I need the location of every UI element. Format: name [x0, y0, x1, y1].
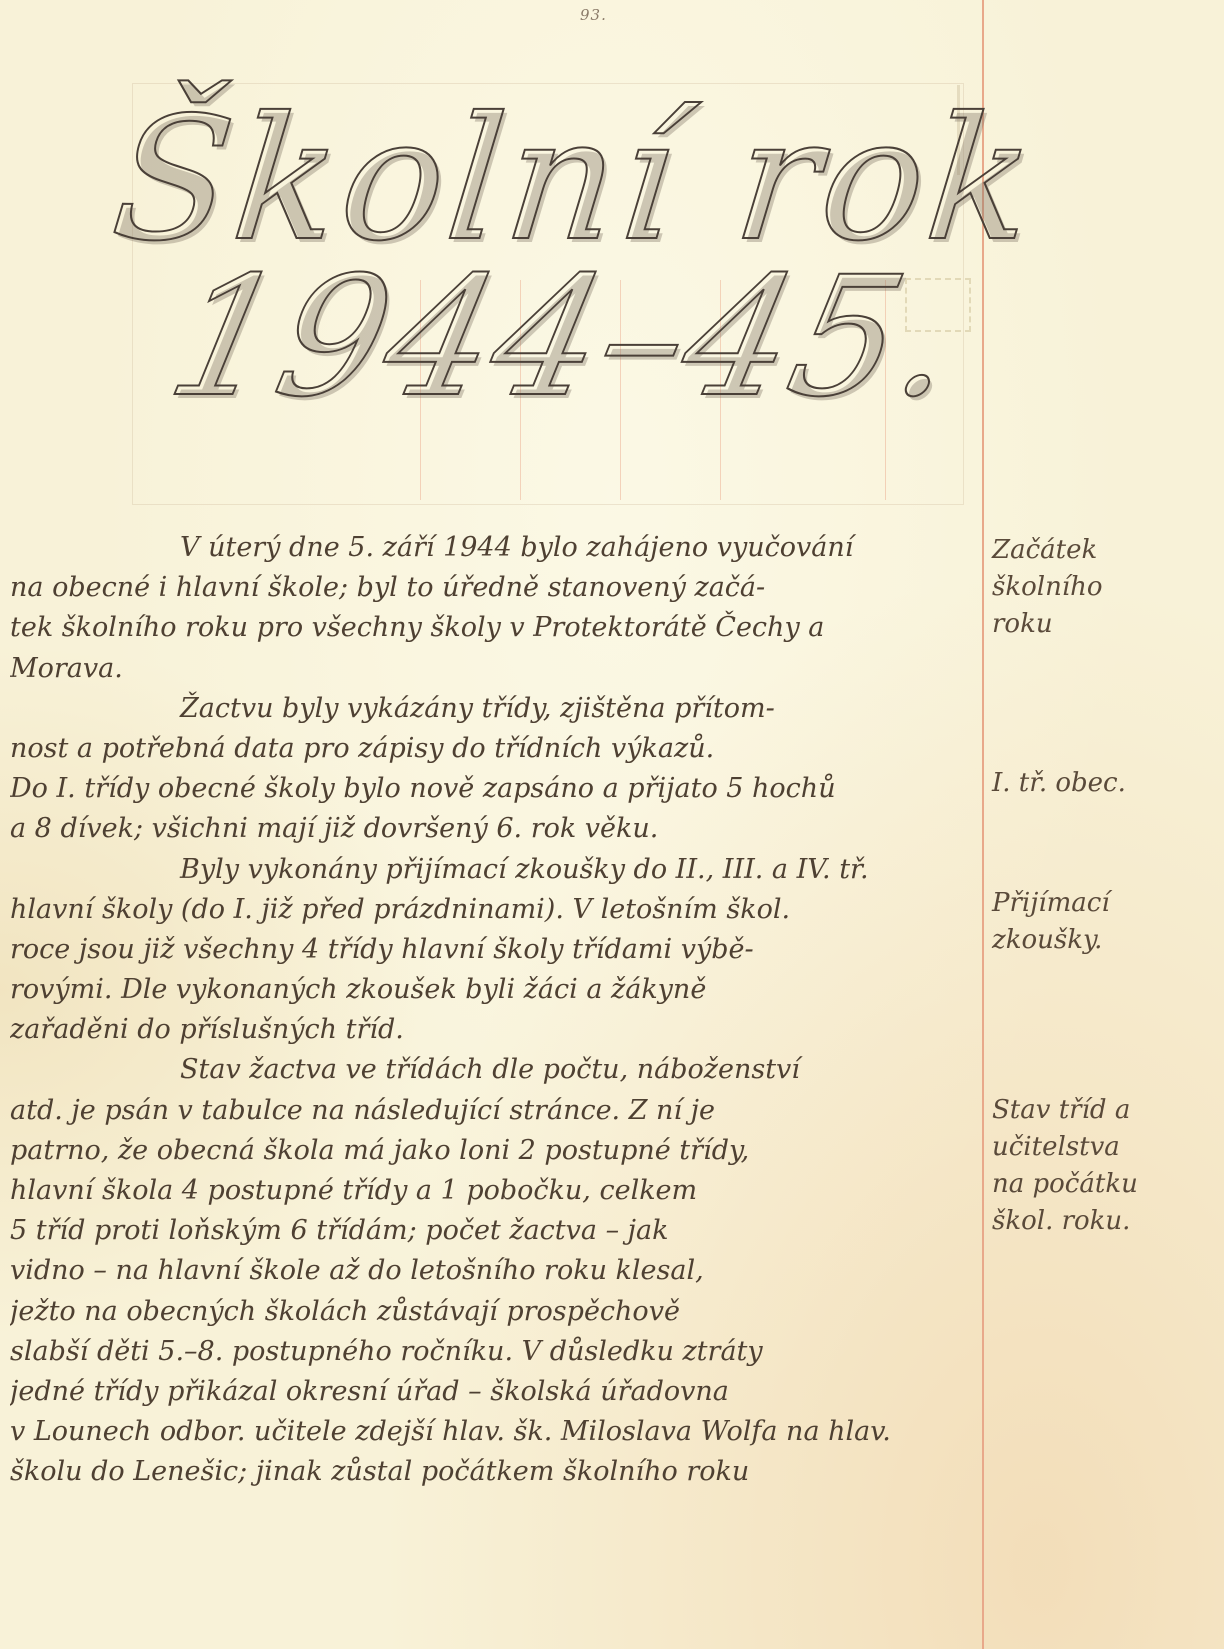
text-line: Morava. — [10, 649, 978, 689]
margin-note-class-status: Stav tříd a učitelstva na počátku škol. … — [992, 1092, 1138, 1240]
margin-note-line: škol. roku. — [992, 1203, 1138, 1240]
text-line: a 8 dívek; všichni mají již dovršený 6. … — [10, 809, 978, 849]
text-line: Byly vykonány přijímací zkoušky do II., … — [10, 850, 978, 890]
text-line: hlavní škola 4 postupné třídy a 1 pobočk… — [10, 1171, 978, 1211]
title-school-year: Školní rok — [106, 95, 1045, 265]
chronicle-body: V úterý dne 5. září 1944 bylo zahájeno v… — [10, 528, 978, 1493]
text-line: tek školního roku pro všechny školy v Pr… — [10, 608, 978, 648]
margin-note-line: školního — [992, 569, 1103, 606]
margin-note-entrance-exams: Přijímací zkoušky. — [992, 885, 1110, 959]
text-line: atd. je psán v tabulce na následující st… — [10, 1091, 978, 1131]
page-number: 93. — [580, 6, 607, 24]
text-line: patrno, že obecná škola má jako loni 2 p… — [10, 1131, 978, 1171]
margin-note-line: na počátku — [992, 1166, 1138, 1203]
text-line: na obecné i hlavní škole; byl to úředně … — [10, 568, 978, 608]
text-line: Žactvu byly vykázány třídy, zjištěna pří… — [10, 689, 978, 729]
text-line: jedné třídy přikázal okresní úřad – škol… — [10, 1372, 978, 1412]
margin-note-line: Začátek — [992, 532, 1103, 569]
text-line: nost a potřebná data pro zápisy do třídn… — [10, 729, 978, 769]
text-line: Stav žactva ve třídách dle počtu, nábože… — [10, 1050, 978, 1090]
text-line: V úterý dne 5. září 1944 bylo zahájeno v… — [10, 528, 978, 568]
margin-note-line: Stav tříd a — [992, 1092, 1138, 1129]
page-title: Školní rok 1944–45. — [115, 95, 1036, 420]
title-year-range: 1944–45. — [157, 255, 1053, 420]
text-line: slabší děti 5.–8. postupného ročníku. V … — [10, 1332, 978, 1372]
text-line: 5 tříd proti loňským 6 třídám; počet žac… — [10, 1211, 978, 1251]
margin-note-first-class: I. tř. obec. — [992, 765, 1126, 802]
text-line: školu do Lenešic; jinak zůstal počátkem … — [10, 1452, 978, 1492]
text-line: v Lounech odbor. učitele zdejší hlav. šk… — [10, 1412, 978, 1452]
margin-note-line: roku — [992, 606, 1103, 643]
manuscript-page: 93. Školní rok 1944–45. V úterý dne 5. z… — [0, 0, 1224, 1649]
margin-note-school-year-start: Začátek školního roku — [992, 532, 1103, 643]
text-line: zařaděni do příslušných tříd. — [10, 1010, 978, 1050]
margin-note-line: Přijímací — [992, 885, 1110, 922]
text-line: vidno – na hlavní škole až do letošního … — [10, 1251, 978, 1291]
text-line: ježto na obecných školách zůstávají pros… — [10, 1292, 978, 1332]
margin-note-line: zkoušky. — [992, 922, 1110, 959]
margin-note-line: I. tř. obec. — [992, 765, 1126, 802]
text-line: hlavní školy (do I. již před prázdninami… — [10, 890, 978, 930]
text-line: rovými. Dle vykonaných zkoušek byli žáci… — [10, 970, 978, 1010]
text-line: roce jsou již všechny 4 třídy hlavní ško… — [10, 930, 978, 970]
margin-note-line: učitelstva — [992, 1129, 1138, 1166]
text-line: Do I. třídy obecné školy bylo nově zapsá… — [10, 769, 978, 809]
